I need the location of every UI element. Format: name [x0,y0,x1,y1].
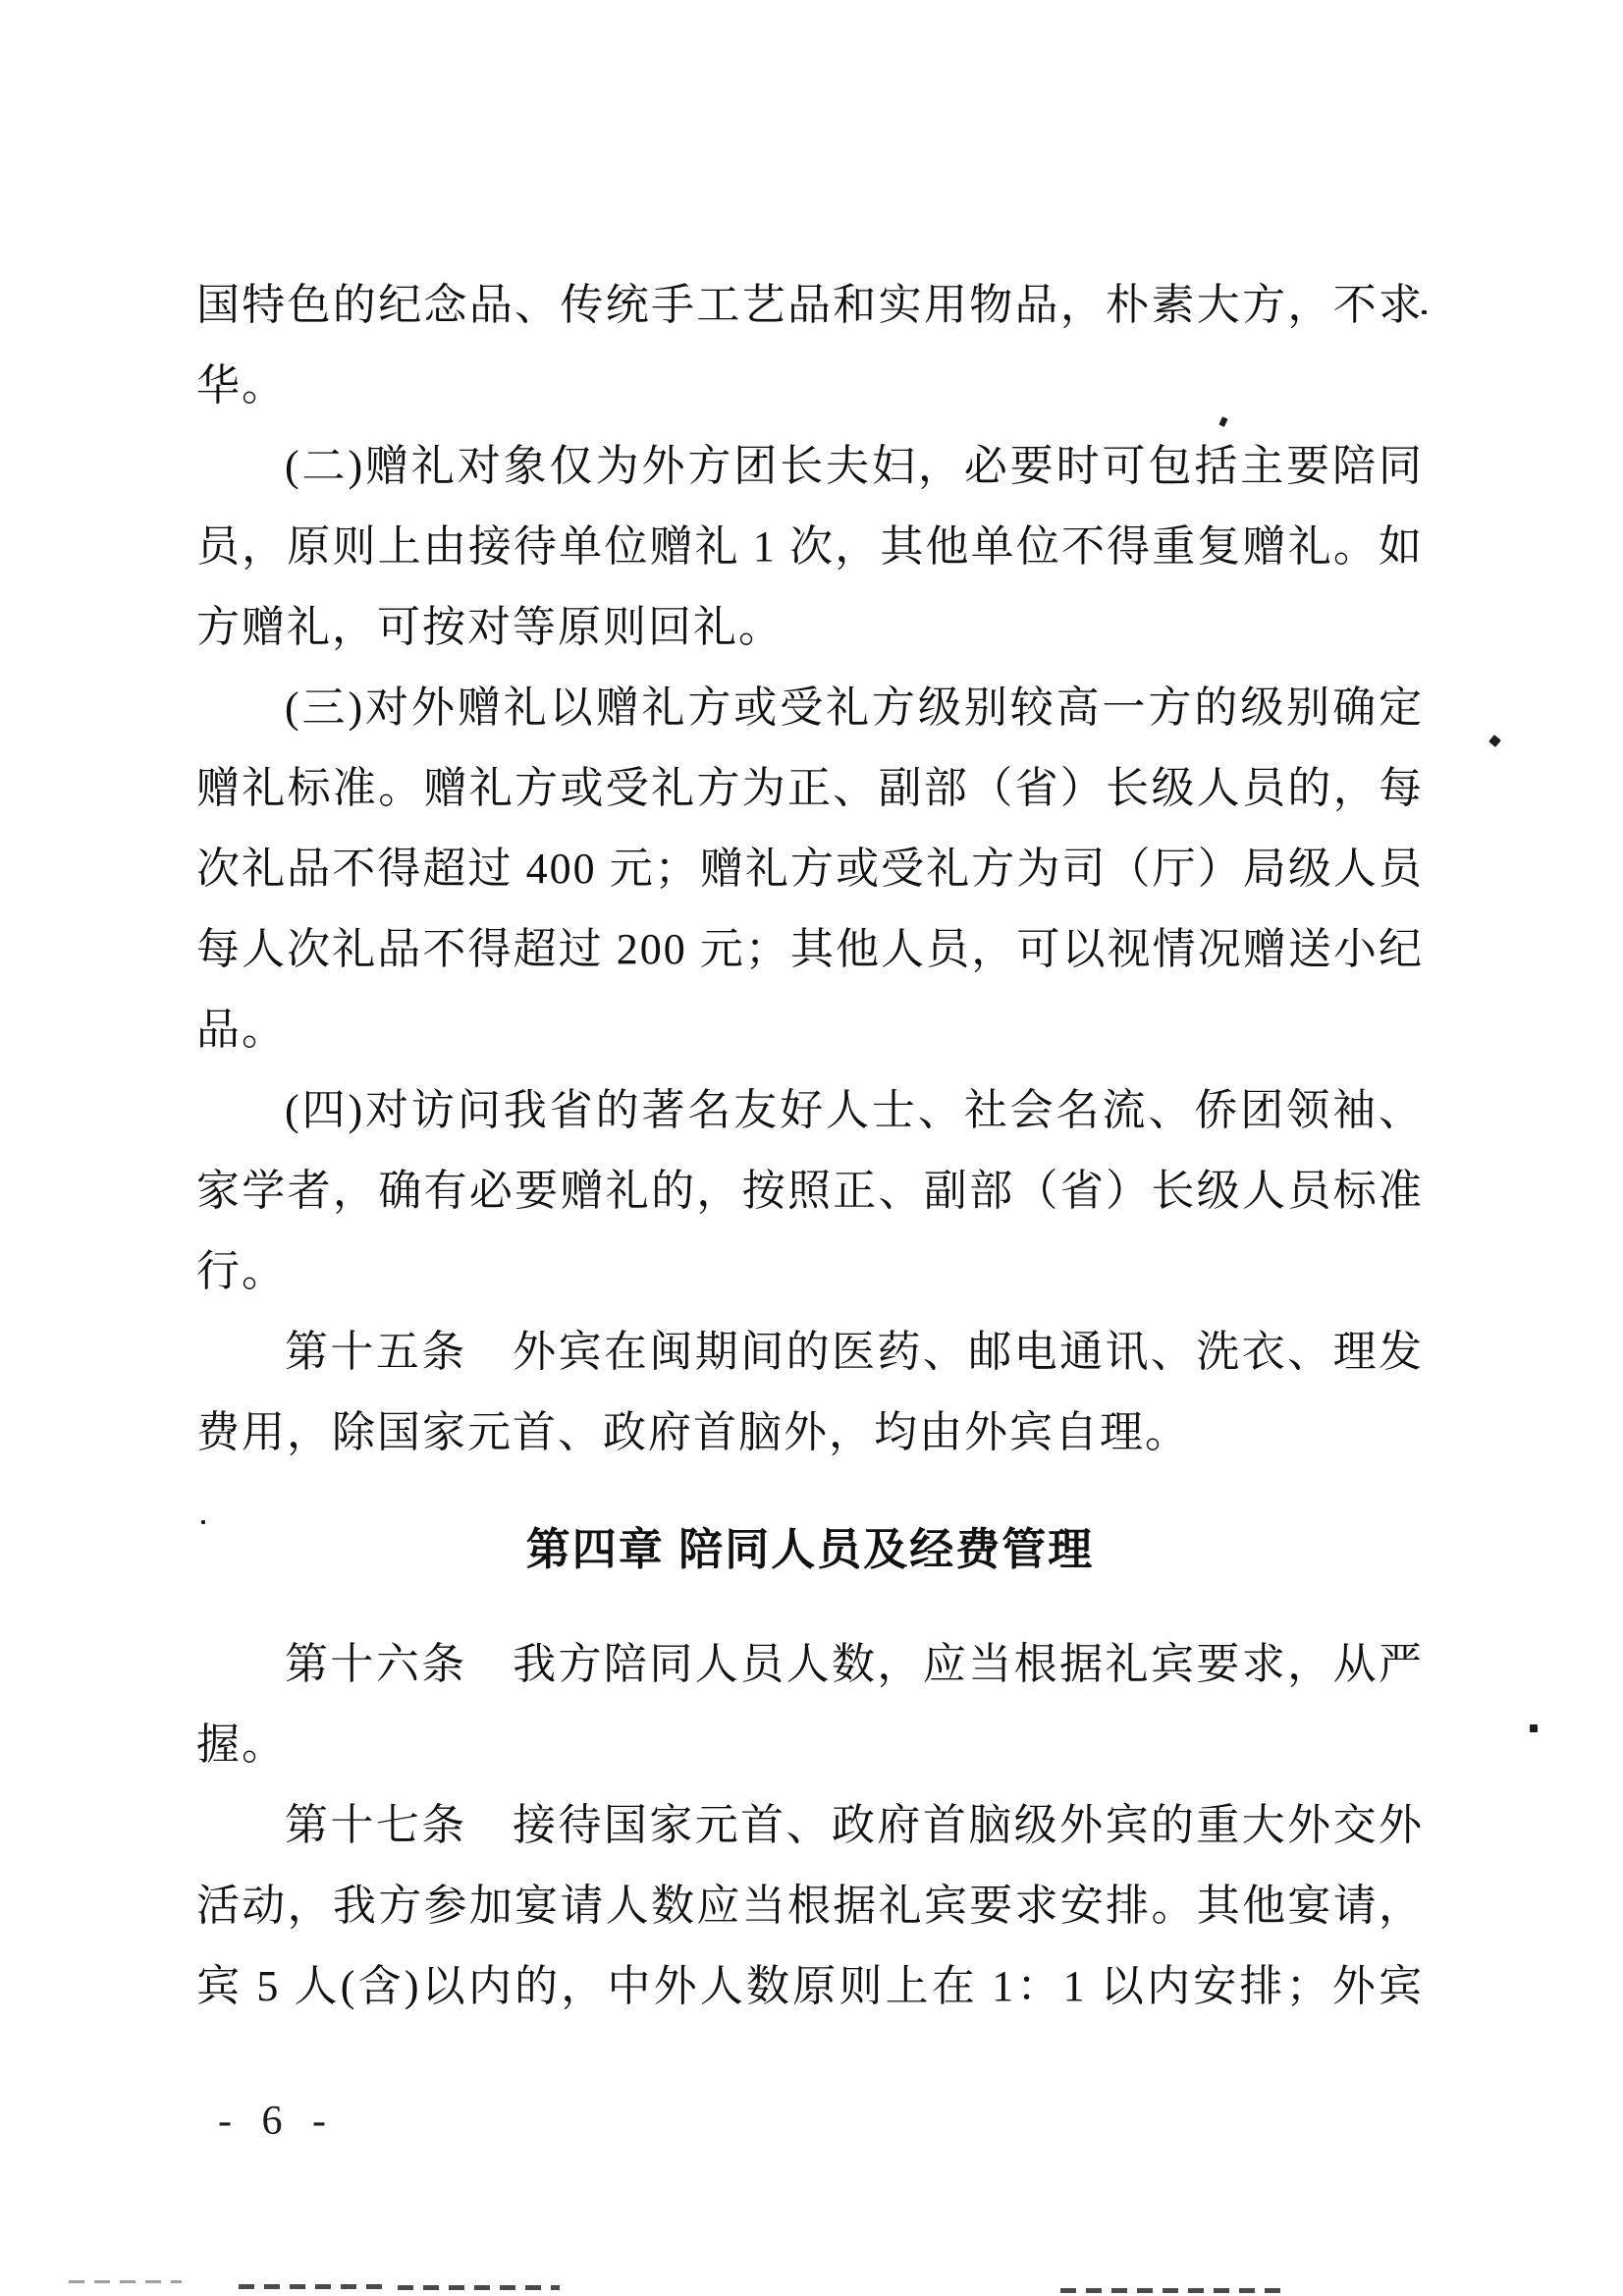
text-line: 第十七条 接待国家元首、政府首脑级外宾的重大外交外事 [196,1785,1424,1866]
text-line: 国特色的纪念品、传统手工艺品和实用物品，朴素大方，不求奢 [196,265,1424,346]
text-line: 宾 5 人(含)以内的，中外人数原则上在 1：1 以内安排；外宾超过 [196,1946,1424,2027]
scan-artifact [398,2285,560,2290]
ink-speck [1422,310,1427,314]
text-line: 握。 [196,1705,1424,1785]
text-line: 第十六条 我方陪同人员人数，应当根据礼宾要求，从严掌 [196,1624,1424,1705]
text-line: 第十五条 外宾在闽期间的医药、邮电通讯、洗衣、理发等 [196,1312,1424,1393]
scan-artifact [239,2284,386,2289]
page-number: - 6 - [218,2098,336,2145]
text-line: 品。 [196,990,1424,1070]
document-page: 国特色的纪念品、传统手工艺品和实用物品，朴素大方，不求奢 华。 (二)赠礼对象仅… [0,0,1623,2296]
chapter-heading: 第四章 陪同人员及经费管理 [196,1509,1424,1590]
text-line: 费用，除国家元首、政府首脑外，均由外宾自理。 [196,1393,1424,1473]
text-line: 家学者，确有必要赠礼的，按照正、副部（省）长级人员标准执 [196,1151,1424,1231]
document-body: 国特色的纪念品、传统手工艺品和实用物品，朴素大方，不求奢 华。 (二)赠礼对象仅… [196,265,1424,2027]
text-line: 次礼品不得超过 400 元；赠礼方或受礼方为司（厅）局级人员的， [196,829,1424,909]
ink-speck [201,1520,205,1524]
ink-speck [1488,735,1501,747]
text-line: (四)对访问我省的著名友好人士、社会名流、侨团领袖、专 [196,1070,1424,1151]
scan-artifact [69,2280,182,2283]
text-line: 每人次礼品不得超过 200 元；其他人员，可以视情况赠送小纪念 [196,909,1424,990]
scan-artifact [1060,2288,1286,2293]
text-line: 华。 [196,346,1424,426]
text-line: 方赠礼，可按对等原则回礼。 [196,587,1424,668]
text-line: 员，原则上由接待单位赠礼 1 次，其他单位不得重复赠礼。如外 [196,507,1424,587]
text-line: 活动，我方参加宴请人数应当根据礼宾要求安排。其他宴请，外 [196,1866,1424,1946]
text-line: (三)对外赠礼以赠礼方或受礼方级别较高一方的级别确定 [196,668,1424,748]
text-line: (二)赠礼对象仅为外方团长夫妇，必要时可包括主要陪同人 [196,426,1424,507]
ink-speck [1090,1887,1094,1891]
text-line: 行。 [196,1231,1424,1312]
ink-speck [1530,1724,1538,1732]
text-line: 赠礼标准。赠礼方或受礼方为正、副部（省）长级人员的，每人 [196,748,1424,829]
